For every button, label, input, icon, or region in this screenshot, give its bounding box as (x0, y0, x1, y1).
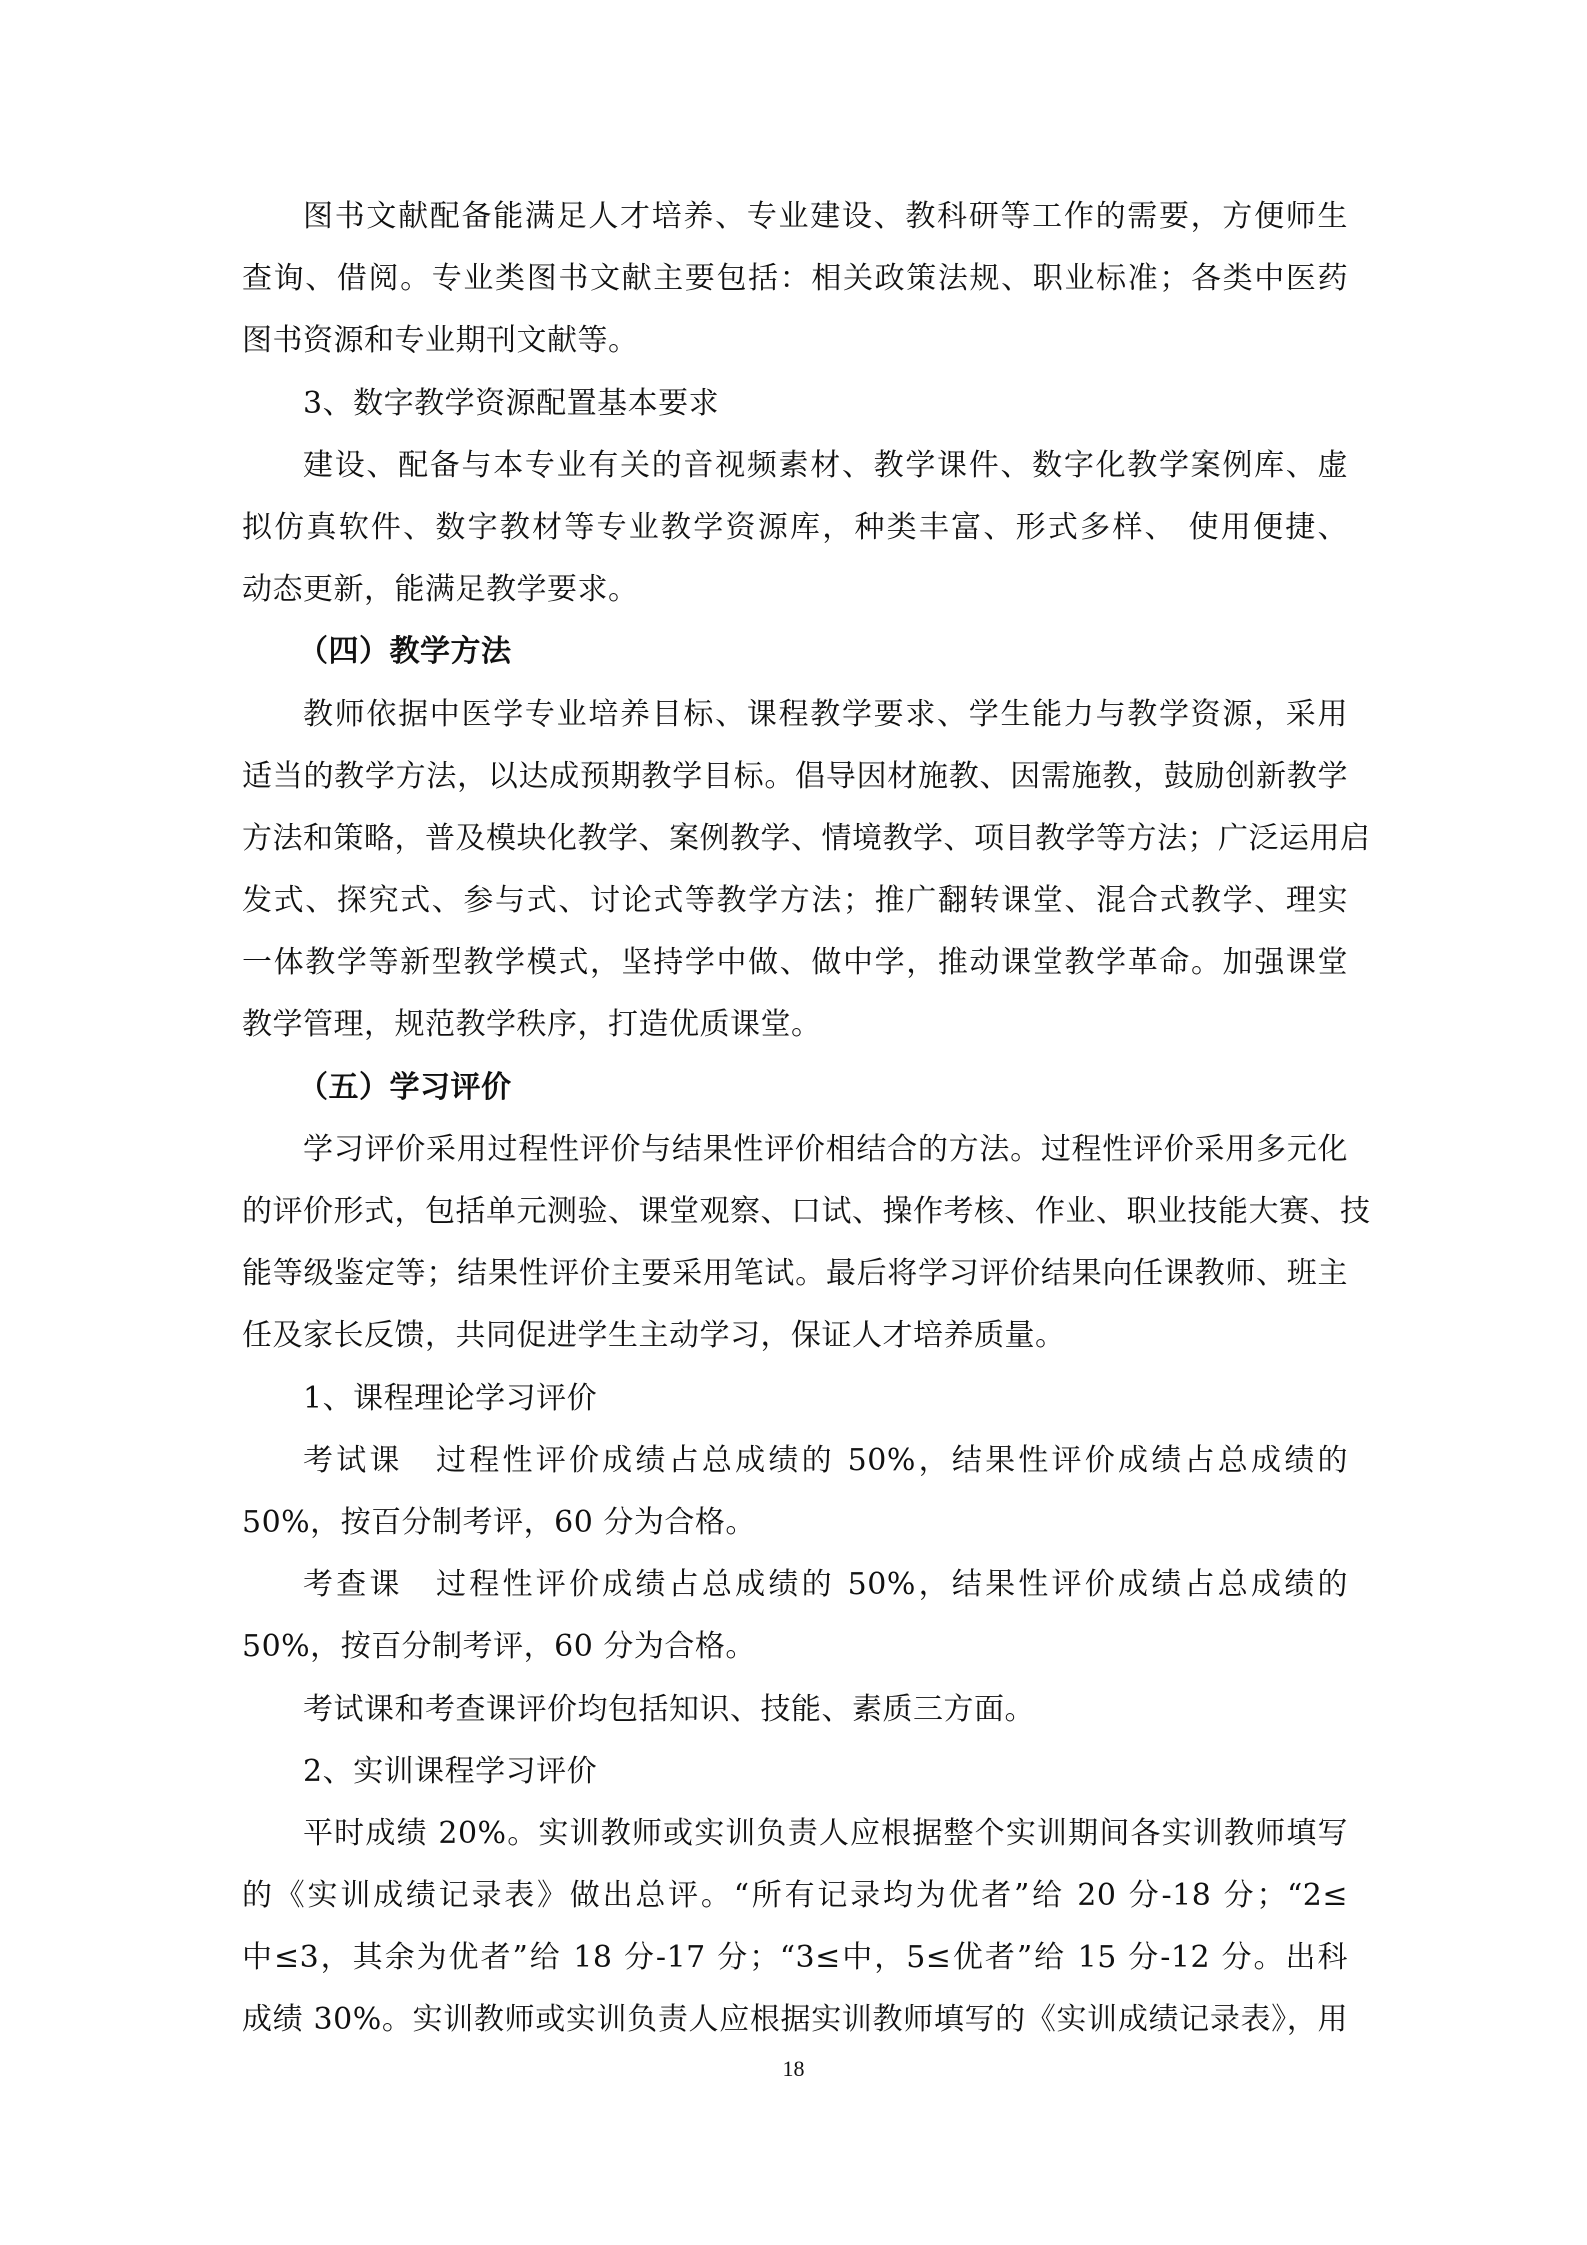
paragraph-line: 图书文献配备能满足人才培养、专业建设、教科研等工作的需要，方便师生 (242, 186, 1348, 248)
paragraph-line: 学习评价采用过程性评价与结果性评价相结合的方法。过程性评价采用多元化 (242, 1119, 1348, 1181)
paragraph-line: 考查课 过程性评价成绩占总成绩的 50%，结果性评价成绩占总成绩的 (242, 1554, 1348, 1616)
subheading-practical-evaluation: 2、实训课程学习评价 (242, 1741, 1348, 1803)
paragraph-line: 平时成绩 20%。实训教师或实训负责人应根据整个实训期间各实训教师填写 (242, 1803, 1348, 1865)
document-page: 图书文献配备能满足人才培养、专业建设、教科研等工作的需要，方便师生 查询、借阅。… (242, 186, 1348, 2052)
paragraph-line: 适当的教学方法，以达成预期教学目标。倡导因材施教、因需施教，鼓励创新教学 (242, 746, 1348, 808)
paragraph-line: 中≤3，其余为优者”给 18 分-17 分；“3≤中，5≤优者”给 15 分-1… (242, 1927, 1348, 1989)
paragraph-line-last: 50%，按百分制考评，60 分为合格。 (242, 1492, 1348, 1554)
section-heading-learning-evaluation: （五）学习评价 (242, 1057, 1348, 1119)
paragraph-line-last: 动态更新，能满足教学要求。 (242, 559, 1348, 621)
paragraph-line: 的评价形式，包括单元测验、课堂观察、口试、操作考核、作业、职业技能大赛、技 (242, 1181, 1348, 1243)
paragraph-line: 成绩 30%。实训教师或实训负责人应根据实训教师填写的《实训成绩记录表》，用 (242, 1989, 1348, 2051)
paragraph-line: 发式、探究式、参与式、讨论式等教学方法；推广翻转课堂、混合式教学、理实 (242, 870, 1348, 932)
paragraph-line-last: 任及家长反馈，共同促进学生主动学习，保证人才培养质量。 (242, 1305, 1348, 1367)
paragraph-line: 建设、配备与本专业有关的音视频素材、教学课件、数字化教学案例库、虚 (242, 435, 1348, 497)
paragraph-line-last: 教学管理，规范教学秩序，打造优质课堂。 (242, 994, 1348, 1056)
paragraph-line: 教师依据中医学专业培养目标、课程教学要求、学生能力与教学资源，采用 (242, 684, 1348, 746)
page-number: 18 (0, 2056, 1587, 2082)
paragraph-line: 考试课 过程性评价成绩占总成绩的 50%，结果性评价成绩占总成绩的 (242, 1430, 1348, 1492)
section-heading-teaching-methods: （四）教学方法 (242, 621, 1348, 683)
paragraph-line: 能等级鉴定等；结果性评价主要采用笔试。最后将学习评价结果向任课教师、班主 (242, 1243, 1348, 1305)
paragraph-line-last: 考试课和考查课评价均包括知识、技能、素质三方面。 (242, 1679, 1348, 1741)
paragraph-line: 方法和策略，普及模块化教学、案例教学、情境教学、项目教学等方法；广泛运用启 (242, 808, 1348, 870)
paragraph-line: 的《实训成绩记录表》做出总评。“所有记录均为优者”给 20 分-18 分；“2≤ (242, 1865, 1348, 1927)
paragraph-line-last: 50%，按百分制考评，60 分为合格。 (242, 1616, 1348, 1678)
paragraph-line: 一体教学等新型教学模式，坚持学中做、做中学，推动课堂教学革命。加强课堂 (242, 932, 1348, 994)
paragraph-line: 拟仿真软件、数字教材等专业教学资源库，种类丰富、形式多样、 使用便捷、 (242, 497, 1348, 559)
paragraph-line: 查询、借阅。专业类图书文献主要包括：相关政策法规、职业标准；各类中医药 (242, 248, 1348, 310)
subheading-digital-resources: 3、数字教学资源配置基本要求 (242, 373, 1348, 435)
subheading-theory-evaluation: 1、课程理论学习评价 (242, 1368, 1348, 1430)
paragraph-line-last: 图书资源和专业期刊文献等。 (242, 310, 1348, 372)
